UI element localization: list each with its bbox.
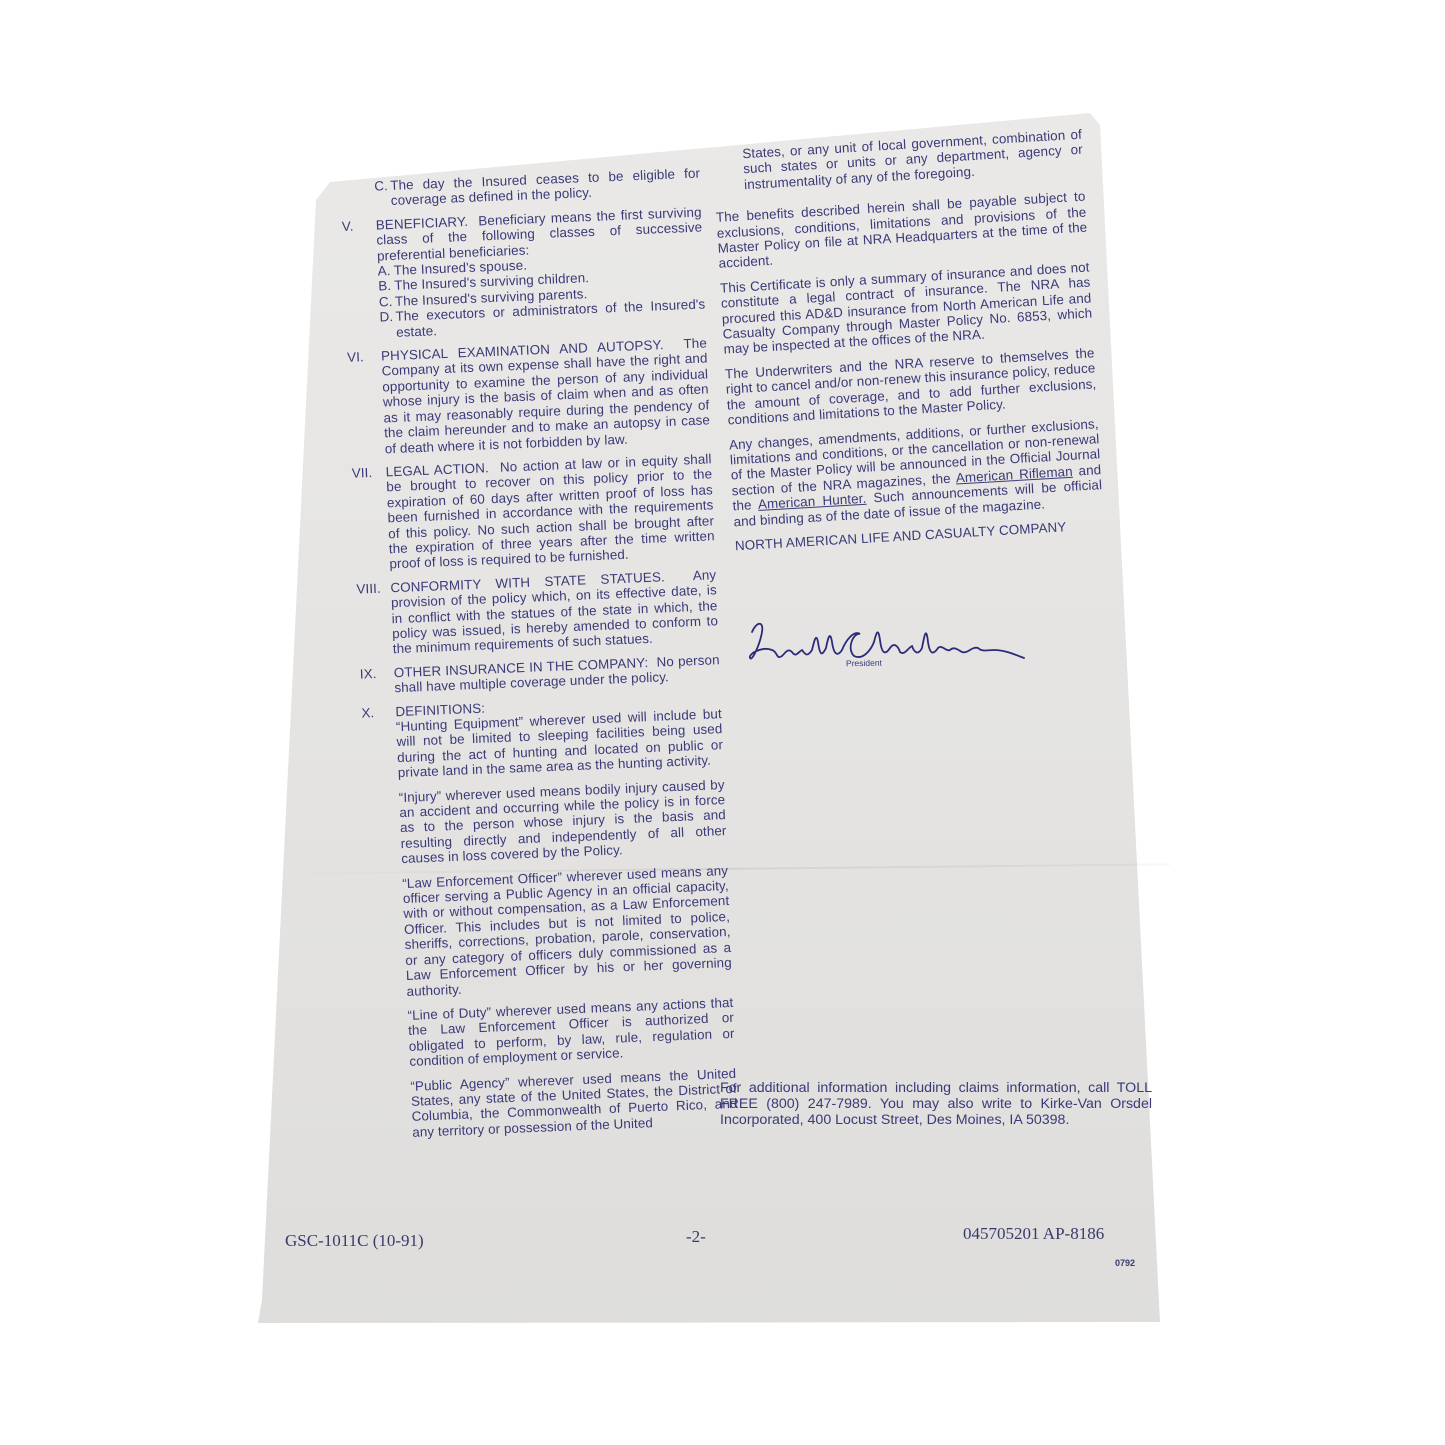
public-agency-continuation: States, or any unit of local government,… (712, 127, 1084, 194)
signature-title: President (846, 658, 882, 669)
president-signature (742, 612, 1032, 672)
right-column: States, or any unit of local government,… (712, 127, 1105, 554)
contact-information: For additional information including cla… (720, 1081, 1152, 1128)
section-legal-action: VII. LEGAL ACTION. No action at law or i… (351, 451, 715, 573)
underwriters-paragraph: The Underwriters and the NRA reserve to … (725, 345, 1098, 428)
definition-line-of-duty: “Line of Duty” wherever used means any a… (407, 995, 735, 1070)
definition-public-agency: “Public Agency” wherever used means the … (410, 1065, 738, 1140)
form-number: GSC-1011C (10-91) (285, 1231, 424, 1251)
section-other-insurance: IX. OTHER INSURANCE IN THE COMPANY: No p… (360, 652, 721, 697)
left-column: C. The day the Insured ceases to be elig… (340, 166, 739, 1159)
benefits-paragraph: The benefits described herein shall be p… (716, 189, 1089, 272)
section-beneficiary: V. BENEFICIARY. Beneficiary means the fi… (342, 204, 707, 342)
definition-injury: “Injury” wherever used means bodily inju… (399, 777, 728, 867)
eligibility-item: C. The day the Insured ceases to be elig… (340, 166, 701, 211)
certificate-summary-paragraph: This Certificate is only a summary of in… (720, 259, 1094, 357)
print-code: 0792 (1115, 1258, 1135, 1268)
definition-law-enforcement-officer: “Law Enforcement Officer” wherever used … (402, 863, 733, 999)
definition-hunting-equipment: “Hunting Equipment” wherever used will i… (396, 706, 724, 781)
section-conformity: VIII. CONFORMITY WITH STATE STATUES. Any… (356, 567, 719, 658)
changes-paragraph: Any changes, amendments, additions, or f… (729, 416, 1104, 530)
reference-number: 045705201 AP-8186 (963, 1224, 1104, 1244)
page-number: -2- (686, 1227, 706, 1247)
section-physical-examination: VI. PHYSICAL EXAMINATION AND AUTOPSY. Th… (347, 335, 711, 457)
section-definitions: X. DEFINITIONS: “Hunting Equipment” wher… (361, 691, 739, 1151)
